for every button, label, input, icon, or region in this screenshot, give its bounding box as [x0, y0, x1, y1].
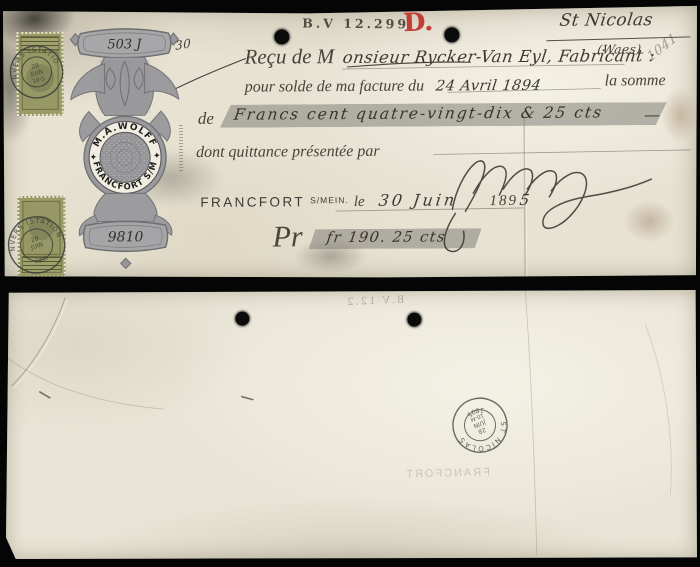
arrival-postmark-time: 10-M	[469, 412, 484, 422]
amount-words-dash: —	[643, 105, 668, 124]
per-label: Pr	[272, 220, 302, 254]
arrival-postmark: ST NICOLAS 28 JUIN 10-M 1895	[442, 387, 518, 463]
le-printed: le	[354, 194, 365, 210]
postage-stamp-bottom	[17, 196, 66, 278]
year-printed: 189	[489, 193, 518, 209]
line3-printed-label: de	[198, 109, 214, 129]
control-number: B.V 12.299	[302, 16, 409, 32]
arrival-postmark-year: 1895	[463, 404, 487, 421]
line1-handwritten: onsieur Rycker-Van Eyl, Fabricant :	[341, 46, 656, 67]
red-sorting-mark: D.	[403, 7, 434, 37]
svg-text:1895: 1895	[463, 404, 487, 421]
form-line1: Reçu de M onsieur Rycker-Van Eyl, Fabric…	[244, 42, 653, 69]
line4-printed-label: dont quittance présentée par	[196, 143, 380, 162]
destination-note: St Nicolas	[558, 10, 654, 31]
scan-background: B.V 12.299 D. St Nicolas (Waes) 1041 30 …	[0, 0, 700, 567]
line2-handwritten: 24 Avril 1894	[435, 78, 543, 95]
stamp-dominical-tab	[22, 256, 62, 273]
line2-printed-label: pour solde de ma facture du	[245, 78, 424, 96]
arrival-postmark-place: ST NICOLAS	[456, 419, 514, 460]
stain	[661, 88, 697, 142]
date-handwritten: 30 Juin	[378, 190, 459, 209]
arrival-postmark-day: 28	[477, 426, 487, 435]
dateline: FRANCFORT S/MEIN. le 30 Juin 1895	[200, 190, 528, 212]
punch-hole	[407, 313, 421, 327]
line2-right-label: la somme	[605, 72, 666, 90]
form-line2: pour solde de ma facture du 24 Avril 189…	[245, 75, 541, 97]
year-digit-handwritten: 5	[518, 191, 530, 209]
seal-bottom-number: 9810	[108, 229, 144, 245]
amount-words-handwritten: Francs cent quatre-vingt-dix & 25 cts	[233, 103, 604, 123]
showthrough-control-number: B.V 12.2	[345, 295, 405, 308]
stain	[623, 200, 675, 242]
city-printed: FRANCFORT	[200, 194, 305, 210]
punch-hole	[444, 27, 459, 42]
punch-hole	[274, 29, 289, 44]
punch-hole	[235, 312, 249, 326]
svg-text:ST NICOLAS: ST NICOLAS	[456, 419, 514, 460]
amount-figures-handwritten: fr 190. 25 cts	[326, 229, 447, 246]
seal-top-number: 503 J	[107, 37, 142, 52]
stamp-vignette	[21, 52, 58, 110]
arrival-postmark-month: JUIN	[472, 418, 487, 429]
city-suffix-printed: S/MEIN.	[310, 195, 349, 205]
stamp-vignette	[22, 201, 60, 255]
line1-printed-label: Reçu de M	[244, 44, 334, 69]
company-seal: 503 J	[58, 25, 191, 270]
receipt-back-scan: B.V 12.2 FRANCFORT ST NICOLAS 28 JUIN 10…	[6, 290, 697, 559]
creases	[6, 290, 697, 559]
stamp-dominical-tab	[20, 36, 59, 51]
receipt-front-scan: B.V 12.299 D. St Nicolas (Waes) 1041 30 …	[3, 4, 697, 279]
postage-stamp-top	[16, 32, 64, 116]
showthrough-city: FRANCFORT	[404, 466, 490, 480]
